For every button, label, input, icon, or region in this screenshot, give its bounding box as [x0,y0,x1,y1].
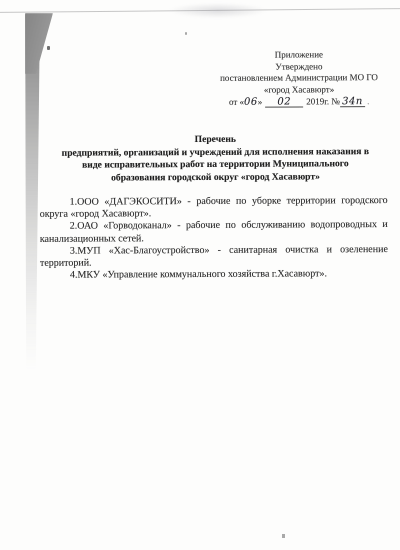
header-line-approved: Утверждено [211,61,387,74]
date-line: от «06»022019г. №34п . [211,96,387,109]
document-title: Перечень предприятий, организаций и учре… [31,133,399,186]
date-year-label: 2019г. № [306,97,340,107]
scanned-document-page: Приложение Утверждено постановлением Адм… [0,0,400,550]
title-line: образования городской округ «город Хасав… [31,171,399,186]
date-close-quote: » [258,97,263,107]
handwritten-day: 06 [244,97,258,108]
header-line-city: «город Хасавюрт» [211,84,387,97]
date-prefix: от « [229,97,244,107]
header-line-appendix: Приложение [211,49,387,62]
list-item: 4.МКУ «Управление коммунального хозяйств… [40,268,388,282]
title-line: виде исправительных работ на территории … [31,158,399,173]
organization-list: 1.ООО «ДАГЭКОСИТИ» - рабочие по уборке т… [40,195,388,282]
list-item: 1.ООО «ДАГЭКОСИТИ» - рабочие по уборке т… [40,195,388,221]
date-trailing-mark: . [367,97,369,106]
handwritten-month: 02 [277,97,291,108]
document-content: Приложение Утверждено постановлением Адм… [0,0,400,550]
header-line-resolution: постановлением Администрации МО ГО [211,72,387,85]
list-item: 2.ОАО «Горводоканал» - рабочие по обслуж… [40,219,388,245]
handwritten-number: 34п [342,97,363,108]
date-number-blank: 34п [340,98,365,108]
list-item: 3.МУП «Хас-Благоустройство» - санитарная… [40,244,388,270]
approval-header-block: Приложение Утверждено постановлением Адм… [211,49,387,109]
date-month-blank: 02 [265,98,303,108]
